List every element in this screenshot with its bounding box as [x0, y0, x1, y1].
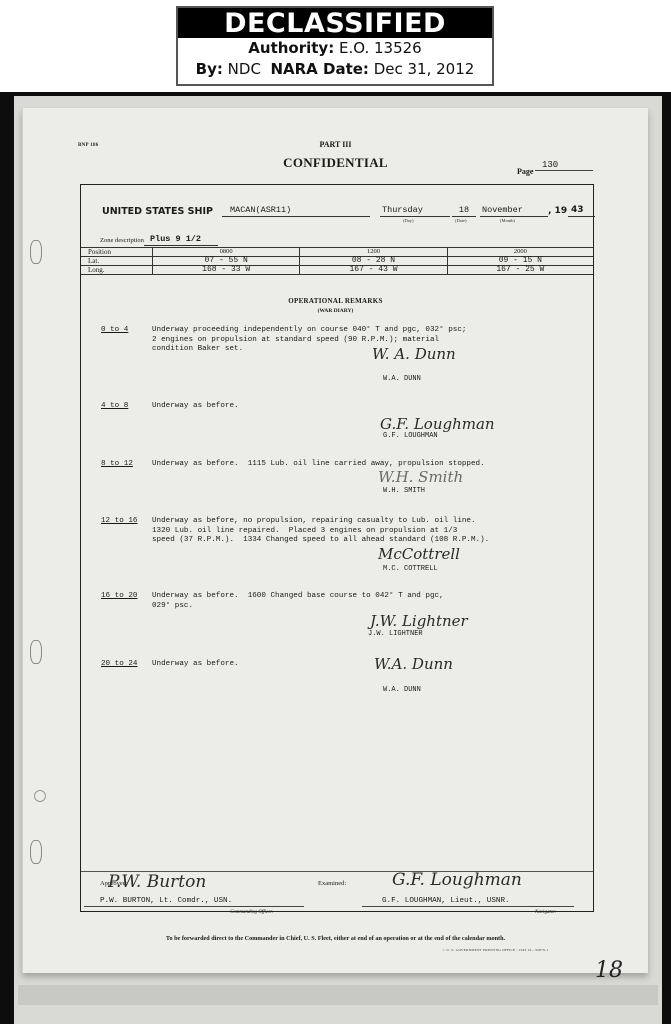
day-caption: (Day)	[403, 218, 414, 223]
signature: J.W. Lightner	[370, 612, 468, 630]
by-label: By:	[196, 60, 223, 78]
signer-name: W.A. DUNN	[383, 375, 421, 383]
watch-label: 0 to 4	[101, 326, 128, 334]
long-0800: 168 - 33 W	[153, 266, 300, 275]
watch-label: 16 to 20	[101, 592, 137, 600]
position-label: Position	[81, 248, 153, 257]
examined-label: Examined:	[318, 880, 346, 887]
handwritten-folio-number: 18	[595, 958, 623, 983]
signer-name: W.H. SMITH	[383, 487, 425, 495]
margin-fold-line	[20, 120, 21, 900]
long-label: Long.	[81, 266, 153, 275]
date-field: 18	[452, 205, 476, 217]
remark-text: Underway as before.	[152, 402, 239, 412]
commanding-signature-line	[84, 906, 304, 907]
signature: W.A. Dunn	[374, 655, 453, 673]
signer-name: G.F. LOUGHMAN	[383, 432, 438, 440]
stamp-title: DECLASSIFIED	[178, 8, 492, 38]
ship-name: MACAN(ASR11)	[222, 205, 370, 217]
signature: McCottrell	[378, 545, 460, 563]
nara-value: Dec 31, 2012	[374, 60, 475, 78]
page-label: Page	[517, 167, 533, 176]
watch-label: 12 to 16	[101, 517, 137, 525]
stamp-area: DECLASSIFIED Authority: E.O. 13526 By: N…	[0, 0, 671, 92]
remark-text: Underway as before. 1600 Changed base co…	[152, 592, 444, 611]
authority-value: E.O. 13526	[339, 39, 422, 57]
printing-office-imprint: ☆ U. S. GOVERNMENT PRINTING OFFICE : 194…	[442, 948, 548, 952]
long-row: Long. 168 - 33 W 167 - 43 W 167 - 25 W	[81, 266, 593, 275]
remark-text: Underway as before, no propulsion, repai…	[152, 517, 489, 546]
approved-signature: P.W. Burton	[108, 872, 206, 892]
stamp-authority: Authority: E.O. 13526	[178, 38, 492, 59]
month-field: November	[480, 205, 548, 217]
navigator-caption: Navigator.	[535, 910, 556, 915]
part-heading: PART III	[0, 140, 671, 149]
ship-label: UNITED STATES SHIP	[102, 206, 213, 217]
authority-label: Authority:	[248, 39, 334, 57]
lat-label: Lat.	[81, 257, 153, 266]
year-prefix: , 19	[548, 206, 567, 216]
declassified-stamp: DECLASSIFIED Authority: E.O. 13526 By: N…	[176, 6, 494, 86]
forwarding-note: To be forwarded direct to the Commander …	[0, 935, 671, 942]
commanding-caption: Commanding Officer.	[230, 910, 273, 915]
signature: W. A. Dunn	[372, 345, 456, 363]
punch-hole-icon	[34, 790, 46, 802]
year-field: 43	[568, 205, 595, 217]
remark-text: Underway as before.	[152, 660, 239, 670]
long-2000: 167 - 25 W	[447, 266, 593, 275]
nara-label: NARA Date:	[270, 60, 368, 78]
watch-label: 20 to 24	[101, 660, 137, 668]
binding-hole-icon	[30, 240, 42, 264]
zone-label: Zone description	[100, 237, 144, 244]
signature: G.F. Loughman	[380, 415, 495, 433]
form-box	[80, 184, 594, 912]
under-sheet	[18, 985, 658, 1005]
navigator-signature-line	[362, 906, 574, 907]
commanding-officer-name: P.W. BURTON, Lt. Comdr., USN.	[100, 897, 232, 905]
zone-value: Plus 9 1/2	[144, 234, 218, 246]
long-1200: 167 - 43 W	[300, 266, 447, 275]
position-table: Position 0800 1200 2000 Lat. 07 - 55 N 0…	[81, 247, 593, 275]
signer-name: M.C. COTTRELL	[383, 565, 438, 573]
binding-hole-icon	[30, 840, 42, 864]
watch-label: 4 to 8	[101, 402, 128, 410]
watch-label: 8 to 12	[101, 460, 133, 468]
stamp-by: By: NDC NARA Date: Dec 31, 2012	[178, 59, 492, 80]
signer-name: J.W. LIGHTNER	[368, 630, 423, 638]
signer-name: W.A. DUNN	[383, 686, 421, 694]
month-caption: (Month)	[500, 218, 515, 223]
day-field: Thursday	[380, 205, 450, 217]
page-number: 130	[535, 160, 593, 171]
by-value: NDC	[228, 60, 261, 78]
examined-signature: G.F. Loughman	[392, 870, 522, 890]
signature: W.H. Smith	[378, 468, 463, 486]
remarks-title: OPERATIONAL REMARKS	[0, 297, 671, 305]
navigator-name: G.F. LOUGHMAN, Lieut., USNR.	[382, 897, 510, 905]
binding-hole-icon	[30, 640, 42, 664]
date-caption: (Date)	[455, 218, 467, 223]
remarks-subtitle: (WAR DIARY)	[0, 308, 671, 314]
